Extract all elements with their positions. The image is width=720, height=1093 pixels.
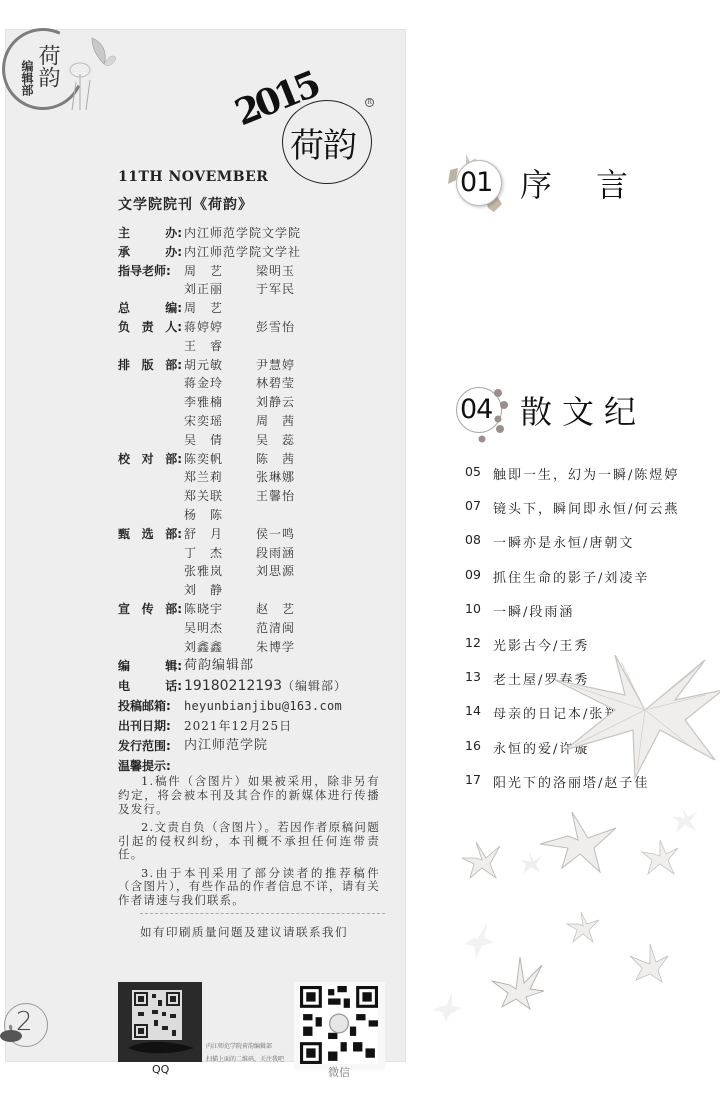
info-value: 2021年12月25日 bbox=[184, 716, 292, 736]
toc-title: 触即一生，幻为一瞬/陈煜婷 bbox=[493, 464, 679, 483]
staff-row: 刘鑫鑫朱博学 bbox=[118, 638, 398, 657]
section-number: 01 bbox=[460, 167, 492, 198]
field-label bbox=[118, 337, 184, 356]
staff-names: 刘 静 bbox=[184, 581, 256, 600]
stamp-title: 荷韵 bbox=[36, 44, 60, 88]
staff-name: 林碧莹 bbox=[256, 374, 328, 393]
staff-name: 郑兰莉 bbox=[184, 468, 256, 487]
lotus-leaf-icon bbox=[0, 1020, 26, 1046]
toc-page-number: 07 bbox=[465, 498, 493, 513]
staff-names: 丁 杰段雨涵 bbox=[184, 544, 328, 563]
toc-title: 镜头下，瞬间即永恒/何云燕 bbox=[493, 498, 679, 517]
toc-item[interactable]: 08一瞬亦是永恒/唐朝文 bbox=[465, 532, 679, 566]
tip-paragraph: 2.文责自负（含图片）。若因作者原稿问题引起的侵权纠纷，本刊概不承担任何连带责任… bbox=[118, 821, 380, 862]
staff-name: 周 茜 bbox=[256, 412, 328, 431]
label-char: 传 bbox=[142, 600, 154, 619]
qr-code-icon bbox=[132, 990, 182, 1040]
staff-row: 张雅岚刘思源 bbox=[118, 562, 398, 581]
staff-name: 宋奕瑶 bbox=[184, 412, 256, 431]
label-char: 校 bbox=[118, 450, 130, 469]
tip-paragraph: 1.稿件（含图片）如果被采用，除非另有约定，将会被本刊及其合作的新媒体进行传播及… bbox=[118, 775, 380, 816]
staff-row: 承办:内江师范学院文学社 bbox=[118, 243, 398, 262]
toc-page-number: 17 bbox=[465, 772, 493, 787]
info-row-pubdate: 出刊日期:2021年12月25日 bbox=[118, 716, 398, 736]
staff-row: 指导老师:周 艺梁明玉 bbox=[118, 262, 398, 281]
staff-row: 刘 静 bbox=[118, 581, 398, 600]
qr-caption-line-2: 扫描上面的二维码，关注我吧 bbox=[206, 1053, 284, 1066]
toc-item[interactable]: 05触即一生，幻为一瞬/陈煜婷 bbox=[465, 464, 679, 498]
label-char: 总 bbox=[118, 299, 130, 318]
staff-names: 内江师范学院文学院 bbox=[184, 224, 301, 243]
label-char: 投稿邮箱: bbox=[118, 696, 171, 716]
staff-name: 王馨怡 bbox=[256, 487, 328, 506]
label-char: 宣 bbox=[118, 600, 130, 619]
maple-leaf-icon bbox=[670, 805, 700, 835]
field-label bbox=[118, 468, 184, 487]
staff-name: 段雨涵 bbox=[256, 544, 328, 563]
staff-row: 负责人:蒋婷婷彭雪怡 bbox=[118, 318, 398, 337]
staff-name: 刘静云 bbox=[256, 393, 328, 412]
label-char: 办: bbox=[165, 224, 182, 243]
field-label: 负责人: bbox=[118, 318, 184, 337]
staff-name: 王 睿 bbox=[184, 337, 256, 356]
field-label: 总编: bbox=[118, 299, 184, 318]
staff-row: 排版部:胡元敏尹慧婷 bbox=[118, 356, 398, 375]
maple-leaf-icon bbox=[628, 942, 670, 984]
qr-caption: 内江师范学院荷韵编辑部 扫描上面的二维码，关注我吧 bbox=[206, 1040, 284, 1066]
staff-name: 梁明玉 bbox=[256, 262, 328, 281]
staff-row: 甄选部:舒 月侯一鸣 bbox=[118, 525, 398, 544]
toc-page-number: 09 bbox=[465, 567, 493, 582]
toc-page-number: 12 bbox=[465, 635, 493, 650]
staff-name: 陈 茜 bbox=[256, 450, 328, 469]
maple-leaf-icon bbox=[460, 840, 502, 882]
staff-row: 校对部:陈奕帆陈 茜 bbox=[118, 450, 398, 469]
registered-mark-icon: R bbox=[365, 98, 374, 107]
contact-note: 如有印刷质量问题及建议请联系我们 bbox=[140, 924, 398, 940]
field-label: 宣传部: bbox=[118, 600, 184, 619]
info-value: 荷韵编辑部 bbox=[184, 656, 254, 676]
phone-number: 19180212193 bbox=[184, 676, 282, 696]
staff-row: 王 睿 bbox=[118, 337, 398, 356]
maple-leaf-icon bbox=[518, 850, 544, 876]
label-char: 选 bbox=[142, 525, 154, 544]
staff-names: 舒 月侯一鸣 bbox=[184, 525, 328, 544]
field-label bbox=[118, 638, 184, 657]
section-title: 序言 bbox=[520, 160, 672, 206]
field-label: 主办: bbox=[118, 224, 184, 243]
staff-name: 刘 静 bbox=[184, 581, 256, 600]
label-char: 编 bbox=[118, 656, 130, 676]
section-preface[interactable]: 01 序言 bbox=[452, 156, 672, 210]
maple-leaf-icon bbox=[640, 838, 680, 878]
staff-names: 宋奕瑶周 茜 bbox=[184, 412, 328, 431]
staff-names: 王 睿 bbox=[184, 337, 256, 356]
staff-row: 宋奕瑶周 茜 bbox=[118, 412, 398, 431]
maple-leaf-icon bbox=[462, 920, 496, 960]
staff-names: 杨 陈 bbox=[184, 506, 256, 525]
field-label bbox=[118, 562, 184, 581]
field-label: 电话: bbox=[118, 676, 184, 696]
info-row-phone: 电话:19180212193（编辑部） bbox=[118, 676, 398, 696]
toc-title: 抓住生命的影子/刘凌辛 bbox=[493, 567, 649, 586]
label-char: 发行范围: bbox=[118, 736, 171, 756]
staff-name: 范清闽 bbox=[256, 619, 328, 638]
lotus-sketch-icon bbox=[60, 52, 100, 112]
field-label: 指导老师: bbox=[118, 262, 184, 281]
info-value: 内江师范学院 bbox=[184, 736, 268, 756]
journal-title: 文学院院刊《荷韵》 bbox=[118, 194, 253, 214]
staff-names: 刘正丽于军民 bbox=[184, 280, 328, 299]
field-label bbox=[118, 581, 184, 600]
staff-name: 刘思源 bbox=[256, 562, 328, 581]
staff-name: 杨 陈 bbox=[184, 506, 256, 525]
staff-name: 蒋金玲 bbox=[184, 374, 256, 393]
staff-row: 宣传部:陈晓宇赵 艺 bbox=[118, 600, 398, 619]
field-label: 校对部: bbox=[118, 450, 184, 469]
label-char: 人: bbox=[165, 318, 182, 337]
staff-list: 主办:内江师范学院文学院承办:内江师范学院文学社指导老师:周 艺梁明玉刘正丽于军… bbox=[118, 224, 398, 940]
staff-name: 吴明杰 bbox=[184, 619, 256, 638]
staff-name: 李雅楠 bbox=[184, 393, 256, 412]
info-row-editor: 编辑:荷韵编辑部 bbox=[118, 656, 398, 676]
toc-title: 一瞬亦是永恒/唐朝文 bbox=[493, 532, 634, 551]
staff-name: 内江师范学院文学院 bbox=[184, 224, 301, 243]
label-char: 部: bbox=[165, 600, 182, 619]
label-char: 办: bbox=[165, 243, 182, 262]
section-number: 04 bbox=[460, 394, 492, 425]
phone-note: （编辑部） bbox=[282, 676, 347, 696]
field-label bbox=[118, 374, 184, 393]
label-char: 辑: bbox=[165, 656, 182, 676]
editorial-stamp-logo: 编辑部 荷韵 bbox=[0, 22, 120, 122]
maple-leaf-icon bbox=[430, 990, 464, 1024]
staff-name: 尹慧婷 bbox=[256, 356, 328, 375]
section-prose[interactable]: 04 散文纪 bbox=[452, 383, 646, 437]
info-row-email: 投稿邮箱:heyunbianjibu@163.com bbox=[118, 696, 398, 716]
staff-name: 丁 杰 bbox=[184, 544, 256, 563]
staff-name: 吴 蕊 bbox=[256, 431, 328, 450]
staff-names: 内江师范学院文学社 bbox=[184, 243, 301, 262]
staff-row: 刘正丽于军民 bbox=[118, 280, 398, 299]
staff-names: 郑关联王馨怡 bbox=[184, 487, 328, 506]
label-char: 排 bbox=[118, 356, 130, 375]
section-number-badge: 04 bbox=[452, 383, 506, 437]
staff-row: 郑兰莉张琳娜 bbox=[118, 468, 398, 487]
field-label bbox=[118, 619, 184, 638]
staff-name: 内江师范学院文学社 bbox=[184, 243, 301, 262]
staff-row: 李雅楠刘静云 bbox=[118, 393, 398, 412]
staff-name: 侯一鸣 bbox=[256, 525, 328, 544]
staff-names: 蒋婷婷彭雪怡 bbox=[184, 318, 328, 337]
dashed-divider bbox=[140, 913, 385, 914]
staff-name: 赵 艺 bbox=[256, 600, 328, 619]
field-label bbox=[118, 487, 184, 506]
staff-name: 周 艺 bbox=[184, 299, 256, 318]
staff-names: 蒋金玲林碧莹 bbox=[184, 374, 328, 393]
section-title: 散文纪 bbox=[520, 387, 646, 433]
staff-name: 蒋婷婷 bbox=[184, 318, 256, 337]
staff-row: 总编:周 艺 bbox=[118, 299, 398, 318]
staff-name: 郑关联 bbox=[184, 487, 256, 506]
field-label: 甄选部: bbox=[118, 525, 184, 544]
label-char: 主 bbox=[118, 224, 130, 243]
toc-title: 一瞬/段雨涵 bbox=[493, 601, 574, 620]
staff-name: 张琳娜 bbox=[256, 468, 328, 487]
staff-row: 蒋金玲林碧莹 bbox=[118, 374, 398, 393]
field-label bbox=[118, 412, 184, 431]
staff-names: 吴 倩吴 蕊 bbox=[184, 431, 328, 450]
toc-item[interactable]: 09抓住生命的影子/刘凌辛 bbox=[465, 567, 679, 601]
staff-names: 李雅楠刘静云 bbox=[184, 393, 328, 412]
staff-names: 周 艺梁明玉 bbox=[184, 262, 328, 281]
staff-name: 陈奕帆 bbox=[184, 450, 256, 469]
toc-page-number: 14 bbox=[465, 703, 493, 718]
staff-row: 主办:内江师范学院文学院 bbox=[118, 224, 398, 243]
field-label: 排版部: bbox=[118, 356, 184, 375]
staff-name: 吴 倩 bbox=[184, 431, 256, 450]
section-number-badge: 01 bbox=[452, 156, 506, 210]
info-value: 19180212193（编辑部） bbox=[184, 676, 347, 696]
staff-names: 胡元敏尹慧婷 bbox=[184, 356, 328, 375]
field-label bbox=[118, 431, 184, 450]
staff-names: 刘鑫鑫朱博学 bbox=[184, 638, 328, 657]
logo-name: 荷韵 bbox=[290, 118, 356, 167]
staff-row: 丁 杰段雨涵 bbox=[118, 544, 398, 563]
staff-name: 刘鑫鑫 bbox=[184, 638, 256, 657]
staff-names: 吴明杰范清闽 bbox=[184, 619, 328, 638]
toc-page-number: 13 bbox=[465, 669, 493, 684]
staff-row: 郑关联王馨怡 bbox=[118, 487, 398, 506]
staff-name: 胡元敏 bbox=[184, 356, 256, 375]
info-row-scope: 发行范围:内江师范学院 bbox=[118, 736, 398, 756]
staff-name: 彭雪怡 bbox=[256, 318, 328, 337]
field-label bbox=[118, 280, 184, 299]
field-label: 承办: bbox=[118, 243, 184, 262]
field-label bbox=[118, 393, 184, 412]
label-char: 承 bbox=[118, 243, 130, 262]
wechat-qr-code[interactable] bbox=[294, 982, 385, 1070]
staff-name: 刘正丽 bbox=[184, 280, 256, 299]
label-char: 出刊日期: bbox=[118, 716, 171, 736]
maple-leaf-icon bbox=[545, 650, 720, 780]
staff-names: 陈晓宇赵 艺 bbox=[184, 600, 328, 619]
label-char: 话: bbox=[165, 676, 182, 696]
toc-page-number: 08 bbox=[465, 532, 493, 547]
label-char: 版 bbox=[142, 356, 154, 375]
staff-names: 张雅岚刘思源 bbox=[184, 562, 328, 581]
staff-row: 杨 陈 bbox=[118, 506, 398, 525]
staff-names: 周 艺 bbox=[184, 299, 256, 318]
label-char: 部: bbox=[165, 450, 182, 469]
issue-date: 11TH NOVEMBER bbox=[118, 169, 268, 185]
field-label bbox=[118, 506, 184, 525]
qq-qr-code[interactable] bbox=[118, 982, 202, 1062]
field-label: 发行范围: bbox=[118, 736, 184, 756]
label-char: 电 bbox=[118, 676, 130, 696]
label-char: 部: bbox=[165, 525, 182, 544]
staff-name: 周 艺 bbox=[184, 262, 256, 281]
staff-row: 吴 倩吴 蕊 bbox=[118, 431, 398, 450]
toc-page-number: 05 bbox=[465, 464, 493, 479]
maple-leaf-icon bbox=[490, 955, 545, 1010]
maple-leaf-icon bbox=[538, 810, 618, 875]
staff-names: 郑兰莉张琳娜 bbox=[184, 468, 328, 487]
staff-name: 陈晓宇 bbox=[184, 600, 256, 619]
staff-name: 张雅岚 bbox=[184, 562, 256, 581]
carp-illustration-icon bbox=[126, 1038, 196, 1058]
qr-caption-line-1: 内江师范学院荷韵编辑部 bbox=[206, 1040, 284, 1053]
tip-paragraph: 3.由于本刊采用了部分读者的推荐稿件（含图片），有些作品的作者信息不详，请有关作… bbox=[118, 867, 380, 908]
wechat-label: 微信 bbox=[328, 1064, 350, 1080]
staff-names: 陈奕帆陈 茜 bbox=[184, 450, 328, 469]
toc-page-number: 10 bbox=[465, 601, 493, 616]
field-label: 编辑: bbox=[118, 656, 184, 676]
label-char: 责 bbox=[142, 318, 154, 337]
maple-leaf-icon bbox=[565, 910, 601, 946]
qr-code-icon bbox=[300, 986, 378, 1064]
qq-label: QQ bbox=[152, 1063, 169, 1076]
tips-title: 温馨提示: bbox=[118, 757, 398, 775]
label-char: 甄 bbox=[118, 525, 130, 544]
label-char: 负 bbox=[118, 318, 130, 337]
toc-page-number: 16 bbox=[465, 738, 493, 753]
staff-name: 舒 月 bbox=[184, 525, 256, 544]
label-char: 编: bbox=[165, 299, 182, 318]
email-link[interactable]: heyunbianjibu@163.com bbox=[184, 696, 342, 716]
stamp-subtitle: 编辑部 bbox=[20, 60, 34, 96]
toc-item[interactable]: 10一瞬/段雨涵 bbox=[465, 601, 679, 635]
field-label bbox=[118, 544, 184, 563]
staff-row: 吴明杰范清闽 bbox=[118, 619, 398, 638]
field-label: 出刊日期: bbox=[118, 716, 184, 736]
staff-name: 朱博学 bbox=[256, 638, 328, 657]
staff-name: 于军民 bbox=[256, 280, 328, 299]
toc-item[interactable]: 07镜头下，瞬间即永恒/何云燕 bbox=[465, 498, 679, 532]
label-char: 指导老师: bbox=[118, 262, 171, 281]
label-char: 对 bbox=[142, 450, 154, 469]
field-label: 投稿邮箱: bbox=[118, 696, 184, 716]
label-char: 部: bbox=[165, 356, 182, 375]
